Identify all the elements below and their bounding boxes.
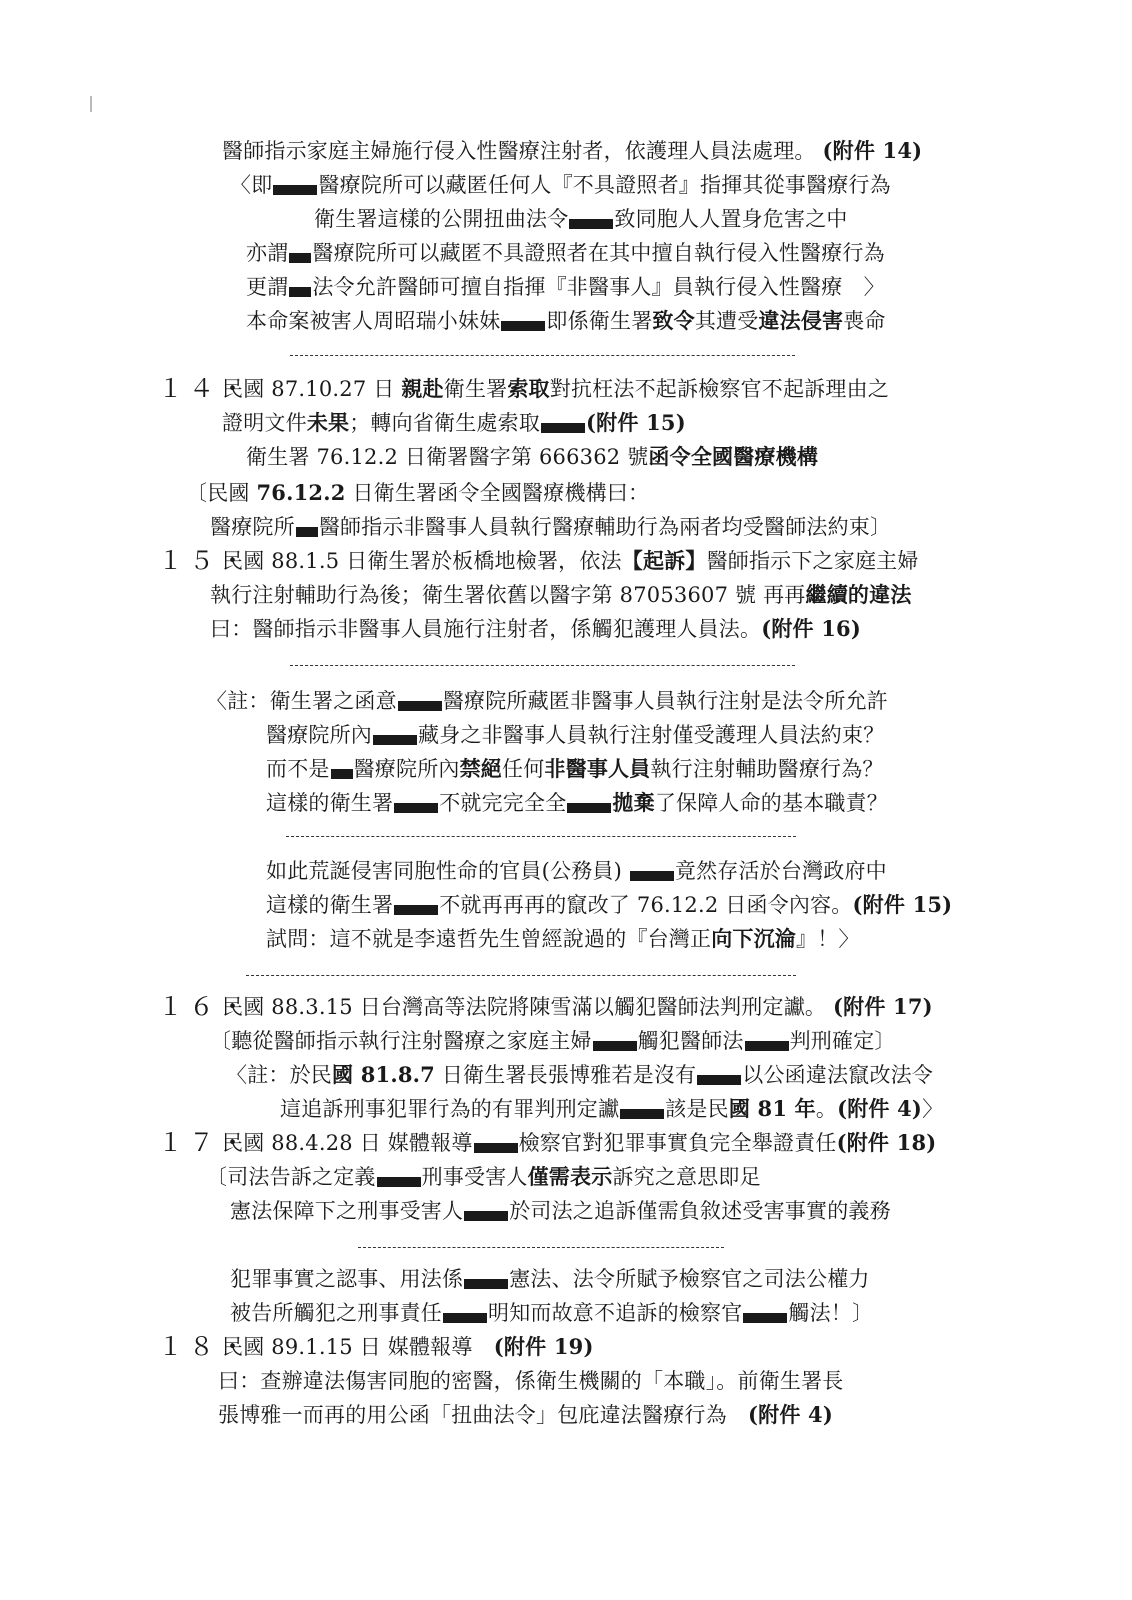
text: 衛生署 76.12.2 日衛署醫字第 666362 號 <box>246 445 648 469</box>
text: 執行注射輔助行為後；衛生署依舊以醫字第 87053607 號 再再 <box>210 583 806 607</box>
text: 本命案被害人周昭瑞小妹妹 <box>246 309 500 333</box>
text-line: 〈註：於民國 81.8.7 日衛生署長張博雅若是沒有以公函違法竄改法令 <box>226 1060 933 1090</box>
text: 這樣的衛生署 <box>266 791 393 815</box>
text: 〔民國 <box>186 481 256 505</box>
text: 這樣的衛生署 <box>266 893 393 917</box>
text: 民國 88.3.15 日台灣高等法院將陳雪滿以觸犯醫師法判刑定讞。 <box>222 995 833 1019</box>
emphasis: 僅需表示 <box>528 1164 613 1189</box>
text: 犯罪事實之認事、用法係 <box>230 1267 463 1291</box>
text: 觸犯醫師法 <box>638 1029 744 1053</box>
text-line: 曰：醫師指示非醫事人員施行注射者，係觸犯護理人員法。(附件 16) <box>210 614 861 644</box>
text-line: 醫師指示家庭主婦施行侵入性醫療注射者，依護理人員法處理。 (附件 14) <box>222 136 922 166</box>
text: 〔聽從醫師指示執行注射醫療之家庭主婦 <box>210 1029 592 1053</box>
emphasis: 向下沉淪 <box>711 926 796 951</box>
date: 民國 87.10.27 日 <box>222 377 401 401</box>
date: 國 81.8.7 <box>332 1062 435 1087</box>
text-line: 〈即醫療院所可以藏匿任何人『不具證照者』指揮其從事醫療行為 <box>230 170 891 200</box>
text: 衛生署 <box>444 377 508 401</box>
text: 判刑確定〕 <box>790 1029 896 1053</box>
text-line: 〔民國 76.12.2 日衛生署函令全國醫療機構曰： <box>186 478 649 508</box>
text-line: 民國 87.10.27 日 親赴衛生署索取對抗枉法不起訴檢察官不起訴理由之 <box>222 374 889 404</box>
redaction-bar <box>743 1313 787 1323</box>
text-line: 衛生署這樣的公開扭曲法令致同胞人人置身危害之中 <box>314 204 848 234</box>
redaction-bar <box>567 803 611 813</box>
attachment-ref: (附件 15) <box>586 410 686 435</box>
text: 即係衛生署 <box>546 309 652 333</box>
text: 〈註：衛生署之函意 <box>206 689 397 713</box>
text: 證明文件 <box>222 411 307 435</box>
text: 民國 88.4.28 日 媒體報導 <box>222 1131 473 1155</box>
text: 曰：查辦違法傷害同胞的密醫，係衛生機關的「本職」。前衛生署長 <box>218 1369 844 1393</box>
redaction-bar <box>569 219 613 229</box>
text-line: 執行注射輔助行為後；衛生署依舊以醫字第 87053607 號 再再繼續的違法 <box>210 580 912 610</box>
text-line: 本命案被害人周昭瑞小妹妹即係衛生署致令其遭受違法侵害喪命 <box>246 306 886 336</box>
redaction-bar <box>289 287 311 297</box>
text: 明知而故意不追訴的檢察官 <box>488 1301 742 1325</box>
emphasis: 拋棄 <box>612 790 654 815</box>
text: 曰：醫師指示非醫事人員施行注射者，係觸犯護理人員法。 <box>210 617 761 641</box>
text: 被告所觸犯之刑事責任 <box>230 1301 442 1325</box>
text: 訴究之意思即足 <box>612 1165 760 1189</box>
text-line: 犯罪事實之認事、用法係憲法、法令所賦予檢察官之司法公權力 <box>230 1264 870 1294</box>
text: 〉 <box>922 1097 943 1121</box>
redaction-bar <box>501 321 545 331</box>
emphasis: 非醫事人員 <box>544 756 650 781</box>
dashed-separator <box>246 975 796 976</box>
text: 試問：這不就是李遠哲先生曾經說過的『台灣正 <box>266 927 711 951</box>
attachment-ref: (附件 4) <box>837 1096 922 1121</box>
scan-artifact <box>90 96 92 112</box>
redaction-bar <box>630 871 674 881</box>
text: 。 <box>816 1097 837 1121</box>
text: 竟然存活於台灣政府中 <box>675 859 887 883</box>
redaction-bar <box>398 701 442 711</box>
redaction-bar <box>443 1313 487 1323</box>
emphasis: 函令全國醫療機構 <box>648 444 818 469</box>
text: 藏身之非醫事人員執行注射僅受護理人員法約束？ <box>418 723 884 747</box>
text: 憲法、法令所賦予檢察官之司法公權力 <box>509 1267 869 1291</box>
attachment-ref: (附件 4) <box>748 1402 833 1427</box>
redaction-bar <box>745 1041 789 1051</box>
redaction-bar <box>593 1041 637 1051</box>
text-line: 這追訴刑事犯罪行為的有罪判刑定讞該是民國 81 年。(附件 4)〉 <box>280 1094 943 1124</box>
text: 日衛生署函令全國醫療機構曰： <box>346 481 650 505</box>
text-line: 〈註：衛生署之函意醫療院所藏匿非醫事人員執行注射是法令所允許 <box>206 686 888 716</box>
redaction-bar <box>394 803 438 813</box>
emphasis: 繼續的違法 <box>806 582 912 607</box>
redaction-bar <box>464 1279 508 1289</box>
text-line: 張博雅一而再的用公函「扭曲法令」包庇違法醫療行為 (附件 4) <box>218 1400 833 1430</box>
text-line: 衛生署 76.12.2 日衛署醫字第 666362 號函令全國醫療機構 <box>246 442 818 472</box>
emphasis: 親赴 <box>401 376 443 401</box>
redaction-bar <box>697 1075 741 1085</box>
text: 更謂 <box>246 275 288 299</box>
redaction-bar <box>464 1211 508 1221</box>
text: 檢察官對犯罪事實負完全舉證責任 <box>519 1131 837 1155</box>
redaction-bar <box>273 185 317 195</box>
text-line: 醫療院所醫師指示非醫事人員執行醫療輔助行為兩者均受醫師法約束〕 <box>210 512 891 542</box>
text-line: 被告所觸犯之刑事責任明知而故意不追訴的檢察官觸法！〕 <box>230 1298 873 1328</box>
emphasis: 國 81 年 <box>729 1096 816 1121</box>
text: 醫師指示非醫事人員執行醫療輔助行為兩者均受醫師法約束〕 <box>319 515 891 539</box>
text: 民國 88.1.5 日衛生署於板橋地檢署，依法 <box>222 549 622 573</box>
text-line: 民國 88.3.15 日台灣高等法院將陳雪滿以觸犯醫師法判刑定讞。 (附件 17… <box>222 992 933 1022</box>
redaction-bar <box>331 769 353 779</box>
text: 喪命 <box>843 309 885 333</box>
attachment-ref: (附件 15) <box>853 892 953 917</box>
emphasis: 未果 <box>307 410 349 435</box>
emphasis: 【起訴】 <box>622 548 707 573</box>
text: 張博雅一而再的用公函「扭曲法令」包庇違法醫療行為 <box>218 1403 748 1427</box>
text: ；轉向省衛生處索取 <box>349 411 540 435</box>
text: 其遭受 <box>695 309 759 333</box>
redaction-bar <box>373 735 417 745</box>
dashed-separator <box>358 1247 724 1248</box>
text: 憲法保障下之刑事受害人 <box>230 1199 463 1223</box>
text: 亦謂 <box>246 241 288 265</box>
text: 醫療院所藏匿非醫事人員執行注射是法令所允許 <box>443 689 888 713</box>
text: 』！〉 <box>796 927 860 951</box>
text: 致同胞人人置身危害之中 <box>614 207 847 231</box>
text-line: 試問：這不就是李遠哲先生曾經說過的『台灣正向下沉淪』！〉 <box>266 924 860 954</box>
redaction-bar <box>620 1109 664 1119</box>
document-page: 醫師指示家庭主婦施行侵入性醫療注射者，依護理人員法處理。 (附件 14) 〈即醫… <box>0 0 1132 1600</box>
text-line: 如此荒誕侵害同胞性命的官員(公務員) 竟然存活於台灣政府中 <box>266 856 887 886</box>
text: 醫療院所內 <box>354 757 460 781</box>
text-line: 〔司法告訴之定義刑事受害人僅需表示訴究之意思即足 <box>206 1162 761 1192</box>
text: 〔司法告訴之定義 <box>206 1165 376 1189</box>
text: 不就完完全全 <box>439 791 566 815</box>
text: 刑事受害人 <box>422 1165 528 1189</box>
emphasis: 致令 <box>652 308 694 333</box>
text-line: 這樣的衛生署不就完完全全拋棄了保障人命的基本職責？ <box>266 788 888 818</box>
text: 日衛生署長張博雅若是沒有 <box>435 1063 696 1087</box>
text-line: 〔聽從醫師指示執行注射醫療之家庭主婦觸犯醫師法判刑確定〕 <box>210 1026 896 1056</box>
text-line: 民國 88.1.5 日衛生署於板橋地檢署，依法【起訴】醫師指示下之家庭主婦 <box>222 546 919 576</box>
text-line: 曰：查辦違法傷害同胞的密醫，係衛生機關的「本職」。前衛生署長 <box>218 1366 844 1396</box>
text: 以公函違法竄改法令 <box>742 1063 933 1087</box>
text: 而不是 <box>266 757 330 781</box>
text: 任何 <box>502 757 544 781</box>
text: 這追訴刑事犯罪行為的有罪判刑定讞 <box>280 1097 619 1121</box>
attachment-ref: (附件 14) <box>822 138 922 163</box>
text: 衛生署這樣的公開扭曲法令 <box>314 207 568 231</box>
text: 不就再再再的竄改了 76.12.2 日函令內容。 <box>439 893 852 917</box>
text-line: 憲法保障下之刑事受害人於司法之追訴僅需負敘述受害事實的義務 <box>230 1196 891 1226</box>
text: 如此荒誕侵害同胞性命的官員(公務員) <box>266 859 629 883</box>
text-line: 民國 89.1.15 日 媒體報導 (附件 19) <box>222 1332 594 1362</box>
redaction-bar <box>541 423 585 433</box>
text: 醫療院所可以藏匿不具證照者在其中擅自執行侵入性醫療行為 <box>312 241 884 265</box>
redaction-bar <box>474 1143 518 1153</box>
text: 醫療院所 <box>210 515 295 539</box>
text-line: 這樣的衛生署不就再再再的竄改了 76.12.2 日函令內容。(附件 15) <box>266 890 952 920</box>
dashed-separator <box>286 836 796 837</box>
text-line: 醫療院所內藏身之非醫事人員執行注射僅受護理人員法約束？ <box>266 720 884 750</box>
text: 法令允許醫師可擅自指揮『非醫事人』員執行侵入性醫療 〉 <box>312 275 884 299</box>
dashed-separator <box>290 355 795 356</box>
text-line: 亦謂醫療院所可以藏匿不具證照者在其中擅自執行侵入性醫療行為 <box>246 238 885 268</box>
redaction-bar <box>289 253 311 263</box>
text: 醫療院所可以藏匿任何人『不具證照者』指揮其從事醫療行為 <box>318 173 890 197</box>
attachment-ref: (附件 18) <box>837 1130 937 1155</box>
dashed-separator <box>290 665 795 666</box>
text-line: 民國 88.4.28 日 媒體報導檢察官對犯罪事實負完全舉證責任(附件 18) <box>222 1128 936 1158</box>
attachment-ref: (附件 16) <box>761 616 861 641</box>
text-line: 更謂法令允許醫師可擅自指揮『非醫事人』員執行侵入性醫療 〉 <box>246 272 885 302</box>
redaction-bar <box>377 1177 421 1187</box>
redaction-bar <box>296 527 318 537</box>
text: 對抗枉法不起訴檢察官不起訴理由之 <box>550 377 889 401</box>
text: 執行注射輔助醫療行為？ <box>650 757 883 781</box>
text: 了保障人命的基本職責？ <box>655 791 888 815</box>
redaction-bar <box>394 905 438 915</box>
attachment-ref: (附件 19) <box>494 1334 594 1359</box>
text-line: 而不是醫療院所內禁絕任何非醫事人員執行注射輔助醫療行為？ <box>266 754 884 784</box>
text: 醫師指示家庭主婦施行侵入性醫療注射者，依護理人員法處理。 <box>222 139 822 163</box>
text-line: 證明文件未果；轉向省衛生處索取(附件 15) <box>222 408 686 438</box>
text: 觸法！〕 <box>788 1301 873 1325</box>
text: 醫師指示下之家庭主婦 <box>707 549 919 573</box>
text: 〈註：於民 <box>226 1063 332 1087</box>
emphasis: 禁絕 <box>460 756 502 781</box>
text: 該是民 <box>665 1097 729 1121</box>
emphasis: 違法侵害 <box>758 308 843 333</box>
date: 76.12.2 <box>256 480 345 505</box>
emphasis: 索取 <box>507 376 549 401</box>
attachment-ref: (附件 17) <box>833 994 933 1019</box>
text: 於司法之追訴僅需負敘述受害事實的義務 <box>509 1199 891 1223</box>
text: 民國 89.1.15 日 媒體報導 <box>222 1335 494 1359</box>
text: 〈即 <box>230 173 272 197</box>
text: 醫療院所內 <box>266 723 372 747</box>
